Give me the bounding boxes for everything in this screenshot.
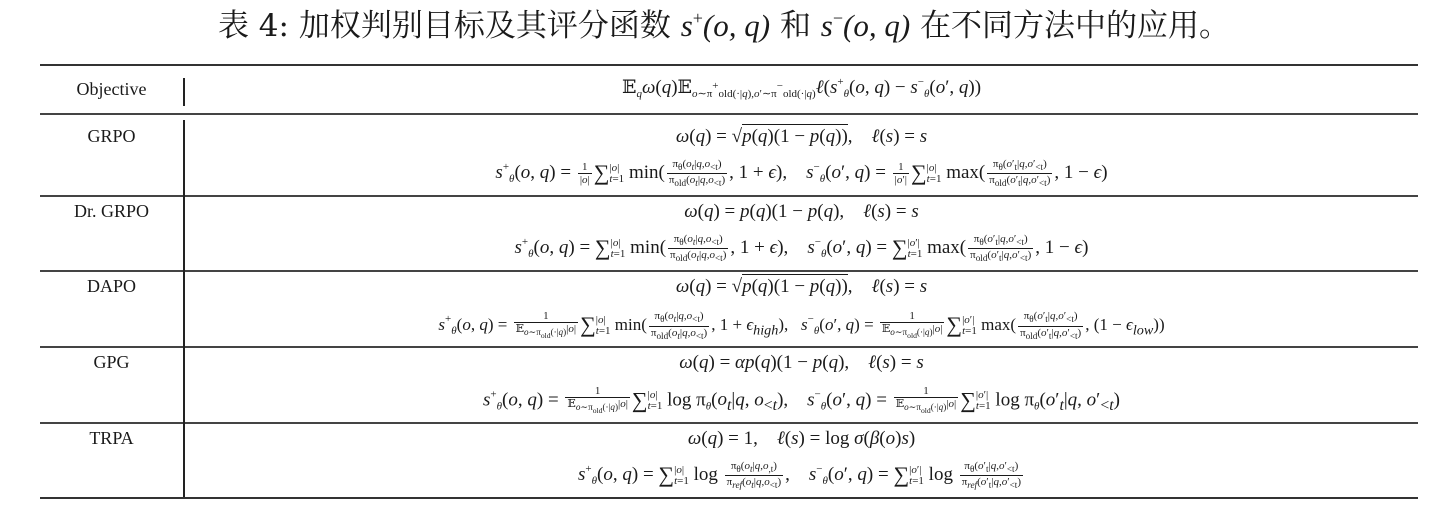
- row-rule: [40, 195, 1418, 197]
- row-rule: [40, 422, 1418, 424]
- grpo-weight-formula: ω(q) = √p(q)(1 − p(q)), ℓ(s) = s: [185, 125, 1418, 149]
- method-trpa: TRPA: [40, 427, 183, 449]
- caption-s-plus: s+(o, q): [681, 8, 770, 43]
- dapo-weight-formula: ω(q) = √p(q)(1 − p(q)), ℓ(s) = s: [185, 275, 1418, 299]
- caption-s-minus: s−(o, q): [821, 8, 910, 43]
- method-dr-grpo: Dr. GRPO: [40, 200, 183, 222]
- header-rule: [40, 113, 1418, 115]
- caption-prefix: 表 4: 加权判别目标及其评分函数: [218, 8, 671, 44]
- row-rule: [40, 270, 1418, 272]
- table-top-rule: [40, 64, 1418, 66]
- trpa-weight-formula: ω(q) = 1, ℓ(s) = log σ(β(o)s): [185, 427, 1418, 451]
- row-rule: [40, 346, 1418, 348]
- dr-grpo-score-formula: s+θ(o, q) = ∑|o|t=1 min(πθ(ot|q,o<t)πold…: [185, 233, 1418, 264]
- objective-formula-rendered: 𝔼qω(q)𝔼o∼π+old(·|q),o′∼π−old(·|q)ℓ(s+θ(o…: [622, 77, 981, 98]
- method-gpg: GPG: [40, 351, 183, 373]
- table-bottom-rule: [40, 497, 1418, 499]
- gpg-score-formula: s+θ(o, q) = 1𝔼o∼πold(·|q)|o|∑|o|t=1 log …: [185, 385, 1418, 418]
- dapo-score-formula: s+θ(o, q) = 1𝔼o∼πold(·|q)|o|∑|o|t=1 min(…: [185, 310, 1418, 342]
- method-grpo: GRPO: [40, 125, 183, 147]
- gpg-weight-formula: ω(q) = αp(q)(1 − p(q), ℓ(s) = s: [185, 351, 1418, 375]
- dr-grpo-weight-formula: ω(q) = p(q)(1 − p(q), ℓ(s) = s: [185, 200, 1418, 224]
- grpo-score-formula: s+θ(o, q) = 1|o|∑|o|t=1 min(πθ(ot|q,o<t)…: [185, 158, 1418, 189]
- caption-suffix: 在不同方法中的应用。: [920, 8, 1230, 44]
- caption-and: 和: [780, 8, 811, 44]
- method-dapo: DAPO: [40, 275, 183, 297]
- header-objective-label: Objective: [40, 78, 183, 100]
- table-caption: 表 4: 加权判别目标及其评分函数 s+(o, q) 和 s−(o, q) 在不…: [0, 6, 1448, 46]
- trpa-score-formula: s+θ(o, q) = ∑|o|t=1 log πθ(ot|q,o,t)πref…: [185, 460, 1418, 491]
- header-objective-formula: 𝔼qω(q)𝔼o∼π+old(·|q),o′∼π−old(·|q)ℓ(s+θ(o…: [185, 76, 1418, 100]
